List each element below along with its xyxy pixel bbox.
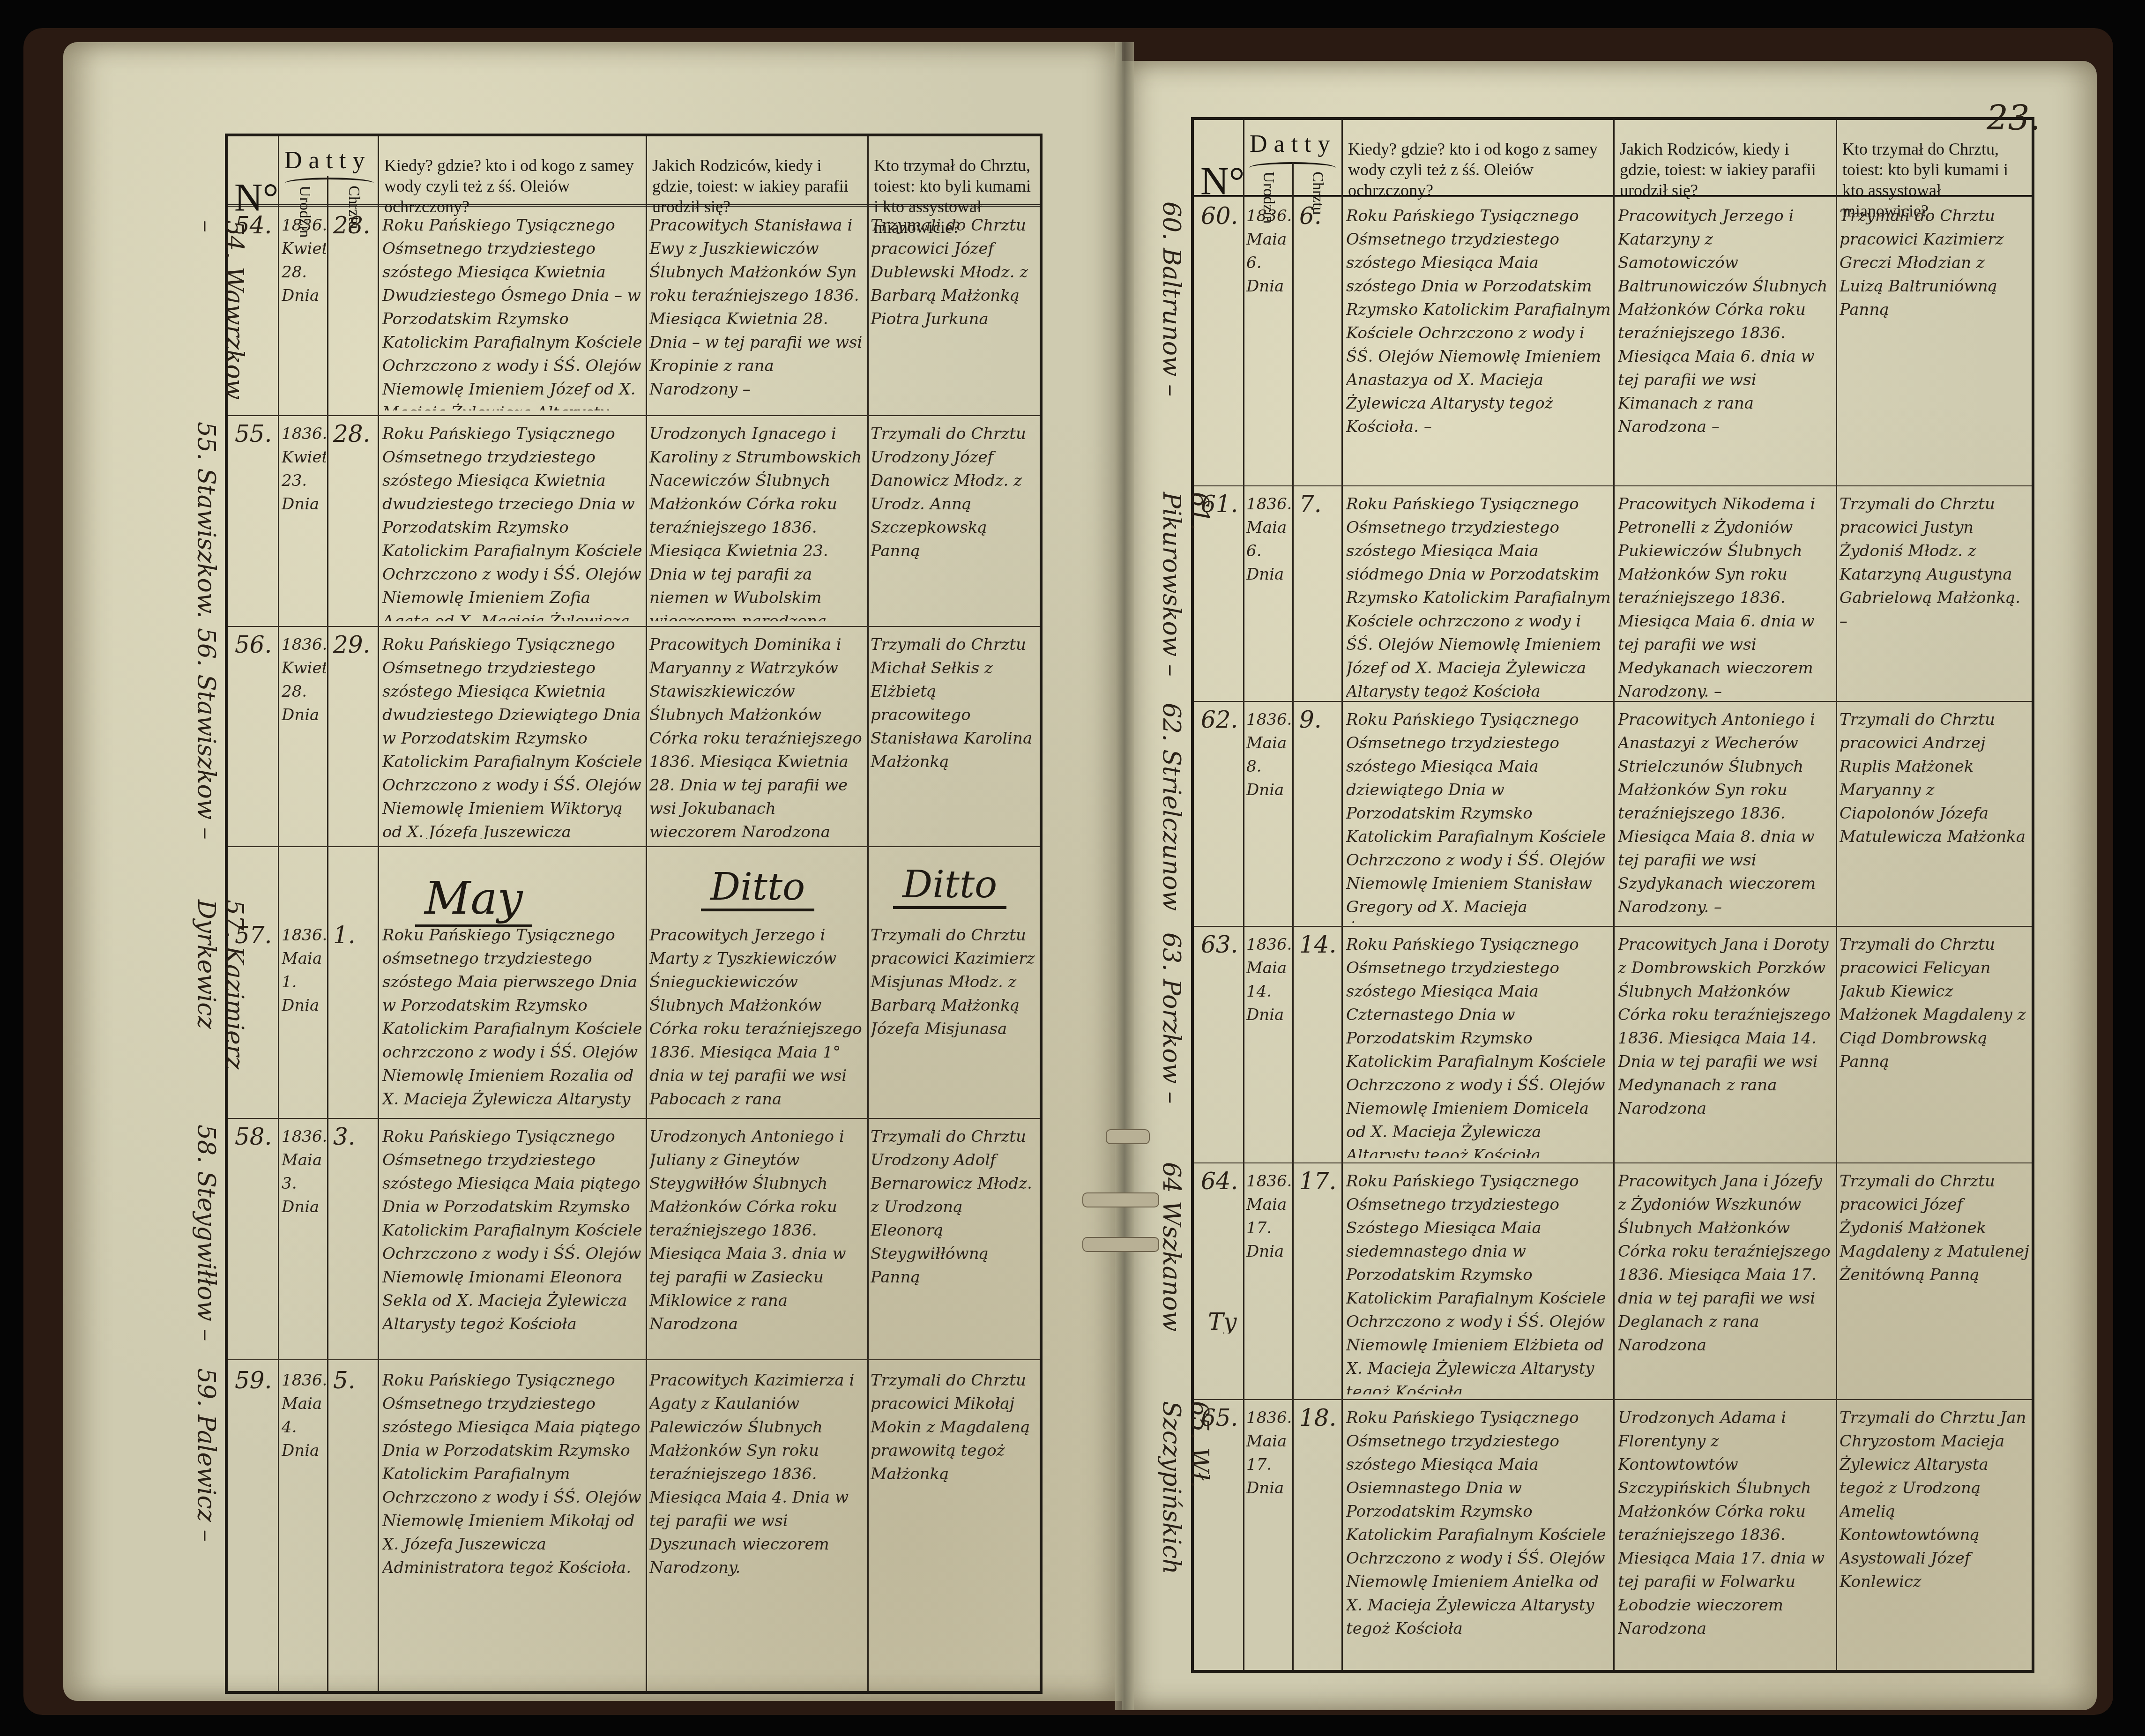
birth-date: 1836. Kwietnia 28. Dnia <box>282 214 326 410</box>
header-no: N° <box>228 136 278 209</box>
row-divider <box>1194 485 2032 486</box>
godparents-details: Trzymali do Chrztu Urodzony Józef Danowi… <box>871 422 1039 621</box>
baptism-date: 14. <box>1299 933 1339 956</box>
margin-annotation: 65. Wł. Szczypińskich <box>1157 1401 1214 1626</box>
birth-date: 1836. Maia 8. Dnia <box>1246 708 1291 919</box>
parents-details: Pracowitych Jerzego i Marty z Tyszkiewic… <box>649 924 865 1111</box>
month-heading-may: May <box>415 872 532 927</box>
entry-number: 58. <box>235 1125 277 1148</box>
row-divider <box>228 1359 1040 1360</box>
col-divider <box>378 136 379 1691</box>
margin-annotation: 56. Stawiszkow – <box>192 628 220 843</box>
baptism-details: Roku Pańskiego Tysiącznego Ośmsetnego tr… <box>1346 492 1611 699</box>
godparents-details: Trzymali do Chrztu pracowici Felicyan Ja… <box>1840 933 2029 1158</box>
baptism-date: 6. <box>1299 204 1339 228</box>
margin-annotation: 59. Palewicz – <box>192 1368 220 1602</box>
birth-date: 1836. Maia 6. Dnia <box>1246 492 1291 694</box>
binding-stitch <box>1082 1237 1159 1252</box>
col-divider <box>278 136 279 1691</box>
col-divider <box>1341 120 1343 1670</box>
birth-date: 1836. Maia 3. Dnia <box>282 1125 326 1350</box>
parents-details: Pracowitych Kazimierza i Agaty z Kaulani… <box>649 1369 865 1612</box>
godparents-details: Trzymali do Chrztu pracowici Józef Duble… <box>871 214 1039 410</box>
parents-details: Pracowitych Nikodema i Petronelli z Żydo… <box>1618 492 1833 699</box>
row-divider <box>1194 1399 2032 1400</box>
birth-date: 1836. Kwietnia 23. Dnia <box>282 422 326 619</box>
col-divider <box>1292 162 1294 1670</box>
godparents-details: Trzymali do Chrztu pracowici Mikołaj Mok… <box>871 1369 1039 1612</box>
row-divider <box>228 846 1040 847</box>
baptism-details: Roku Pańskiego Tysiącznego Ośmsetnego tr… <box>1346 204 1611 481</box>
godparents-details: Trzymali do Chrztu pracowici Kazimierz G… <box>1840 204 2029 481</box>
margin-annotation: 61. Pikurowskow – <box>1157 492 1214 693</box>
month-heading-ditto: Ditto <box>701 865 814 911</box>
baptism-date: 29. <box>333 633 375 656</box>
margin-annotation: 55. Stawiszkow. <box>192 422 220 623</box>
margin-annotation: 63. Porzkow – <box>1157 932 1185 1120</box>
entry-number: 63. <box>1201 933 1243 956</box>
birth-date: 1836. Maia 17. Dnia <box>1246 1170 1291 1310</box>
birth-date: 1836. Maia 1. Dnia <box>282 924 326 1111</box>
entry-number: 56. <box>235 633 277 656</box>
baptism-details: Roku Pańskiego Tysiącznego Ośmsetnego tr… <box>382 214 642 410</box>
baptism-date: 28. <box>333 422 375 446</box>
birth-date: 1836. Maia 6. Dnia <box>1246 204 1291 467</box>
parents-details: Pracowitych Jerzego i Katarzyny z Samoto… <box>1618 204 1833 481</box>
header-datty: Datty <box>278 136 378 171</box>
row-divider <box>228 626 1040 627</box>
baptism-date: 5. <box>333 1369 375 1392</box>
godparents-details: Trzymali do Chrztu pracowici Andrzej Rup… <box>1840 708 2029 924</box>
col-divider <box>867 136 869 1691</box>
entry-number: 60. <box>1201 204 1243 228</box>
margin-annotation: 64 Wszkanow <box>1157 1162 1185 1340</box>
col-divider <box>1613 120 1615 1670</box>
baptism-date: 9. <box>1299 708 1339 731</box>
baptism-details: Roku Pańskiego Tysiącznego Ośmsetnego tr… <box>1346 1406 1611 1669</box>
entry-number: 59. <box>235 1369 277 1392</box>
parents-details: Pracowitych Stanisława i Ewy z Juszkiewi… <box>649 214 865 410</box>
parents-details: Pracowitych Dominika i Maryanny z Watrzy… <box>649 633 865 839</box>
margin-annotation: 60. Baltrunow – <box>1157 201 1185 473</box>
godparents-details: Trzymali do Chrztu Urodzony Adolf Bernar… <box>871 1125 1039 1355</box>
margin-annotation: 54. Wawrzkow – <box>192 220 248 417</box>
godparents-details: Trzymali do Chrztu Michał Sełkis z Elżbi… <box>871 633 1039 839</box>
birth-date: 1836. Maia 17. Dnia <box>1246 1406 1291 1594</box>
baptism-details: Roku Pańskiego Tysiącznego Ośmsetnego tr… <box>382 1369 642 1612</box>
row-divider <box>228 1118 1040 1119</box>
row-divider <box>1194 1162 2032 1163</box>
header-jakich: Jakich Rodziców, kiedy i gdzie, toiest: … <box>1613 120 1836 201</box>
right-register-table: N° Datty Urodzin Chrztu Kiedy? gdzie? kt… <box>1191 117 2034 1673</box>
month-heading-ditto: Ditto <box>893 863 1006 909</box>
birth-date: 1836. Kwietnia 28. Dnia <box>282 633 326 834</box>
margin-annotation: 62. Strielczunow <box>1157 703 1185 923</box>
baptism-date: 28. <box>333 214 375 237</box>
binding-stitch <box>1082 1192 1159 1207</box>
table-header: N° Datty Urodzin Chrztu Kiedy? gdzie? kt… <box>1194 120 2032 197</box>
table-header: N° Datty Urodzin Chrztu Kiedy? gdzie? kt… <box>228 136 1040 207</box>
margin-annotation: 57. Kazimierz Dyrkewicz <box>192 900 248 1115</box>
godparents-details: Trzymali do Chrztu Jan Chryzostom Maciej… <box>1840 1406 2029 1669</box>
col-divider <box>327 176 328 1691</box>
entry-number: 62. <box>1201 708 1243 731</box>
baptism-date: 7. <box>1299 492 1339 516</box>
parents-details: Urodzonych Antoniego i Juliany z Gineytó… <box>649 1125 865 1355</box>
row-divider <box>1194 926 2032 927</box>
margin-annotation: 58. Steygwiłłow – <box>192 1125 220 1359</box>
birth-date: 1836. Maia 4. Dnia <box>282 1369 326 1603</box>
baptism-date: 17. <box>1299 1170 1339 1193</box>
baptism-date: 3. <box>333 1125 375 1148</box>
parents-details: Urodzonych Ignacego i Karoliny z Strumbo… <box>649 422 865 621</box>
header-kiedy: Kiedy? gdzie? kto i od kogo z samey wody… <box>1341 120 1613 201</box>
row-divider <box>1194 701 2032 702</box>
baptism-details: Roku Pańskiego Tysiącznego Ośmsetnego tr… <box>1346 708 1611 924</box>
parents-details: Urodzonych Adama i Florentyny z Kontowto… <box>1618 1406 1833 1669</box>
col-divider <box>646 136 647 1691</box>
baptism-details: Roku Pańskiego Tysiącznego Ośmsetnego tr… <box>382 422 642 621</box>
godparents-details: Trzymali do Chrztu pracowici Józef Żydon… <box>1840 1170 2029 1394</box>
header-no: N° <box>1194 120 1243 192</box>
col-divider <box>1836 120 1837 1670</box>
birth-date: 1836. Maia 14. Dnia <box>1246 933 1291 1153</box>
left-register-table: N° Datty Urodzin Chrztu Kiedy? gdzie? kt… <box>225 134 1043 1694</box>
baptism-details: Roku Pańskiego Tysiącznego ośmsetnego tr… <box>382 924 642 1111</box>
entry-note: Ty <box>1208 1310 1241 1334</box>
baptism-details: Roku Pańskiego Tysiącznego Ośmsetnego tr… <box>382 1125 642 1355</box>
baptism-date: 18. <box>1299 1406 1339 1430</box>
binding-stitch <box>1106 1129 1150 1144</box>
col-divider <box>1243 120 1244 1670</box>
entry-number: 55. <box>235 422 277 446</box>
baptism-details: Roku Pańskiego Tysiącznego Ośmsetnego tr… <box>382 633 642 839</box>
book-gutter <box>1115 42 1134 1710</box>
row-divider <box>228 415 1040 416</box>
godparents-details: Trzymali do Chrztu pracowici Justyn Żydo… <box>1840 492 2029 699</box>
header-jakich: Jakich Rodziców, kiedy i gdzie, toiest: … <box>646 136 867 217</box>
baptism-details: Roku Pańskiego Tysiącznego Ośmsetnego tr… <box>1346 1170 1611 1394</box>
baptism-date: 1. <box>333 924 375 947</box>
parents-details: Pracowitych Jana i Doroty z Dombrowskich… <box>1618 933 1833 1158</box>
entry-number: 64. <box>1201 1170 1243 1193</box>
godparents-details: Trzymali do Chrztu pracowici Kazimierz M… <box>871 924 1039 1111</box>
parents-details: Pracowitych Jana i Józefy z Żydoniów Wsz… <box>1618 1170 1833 1394</box>
baptism-details: Roku Pańskiego Tysiącznego Ośmsetnego tr… <box>1346 933 1611 1158</box>
header-datty: Datty <box>1243 120 1341 155</box>
parents-details: Pracowitych Antoniego i Anastazyi z Wech… <box>1618 708 1833 924</box>
header-kiedy: Kiedy? gdzie? kto i od kogo z samey wody… <box>378 136 646 217</box>
